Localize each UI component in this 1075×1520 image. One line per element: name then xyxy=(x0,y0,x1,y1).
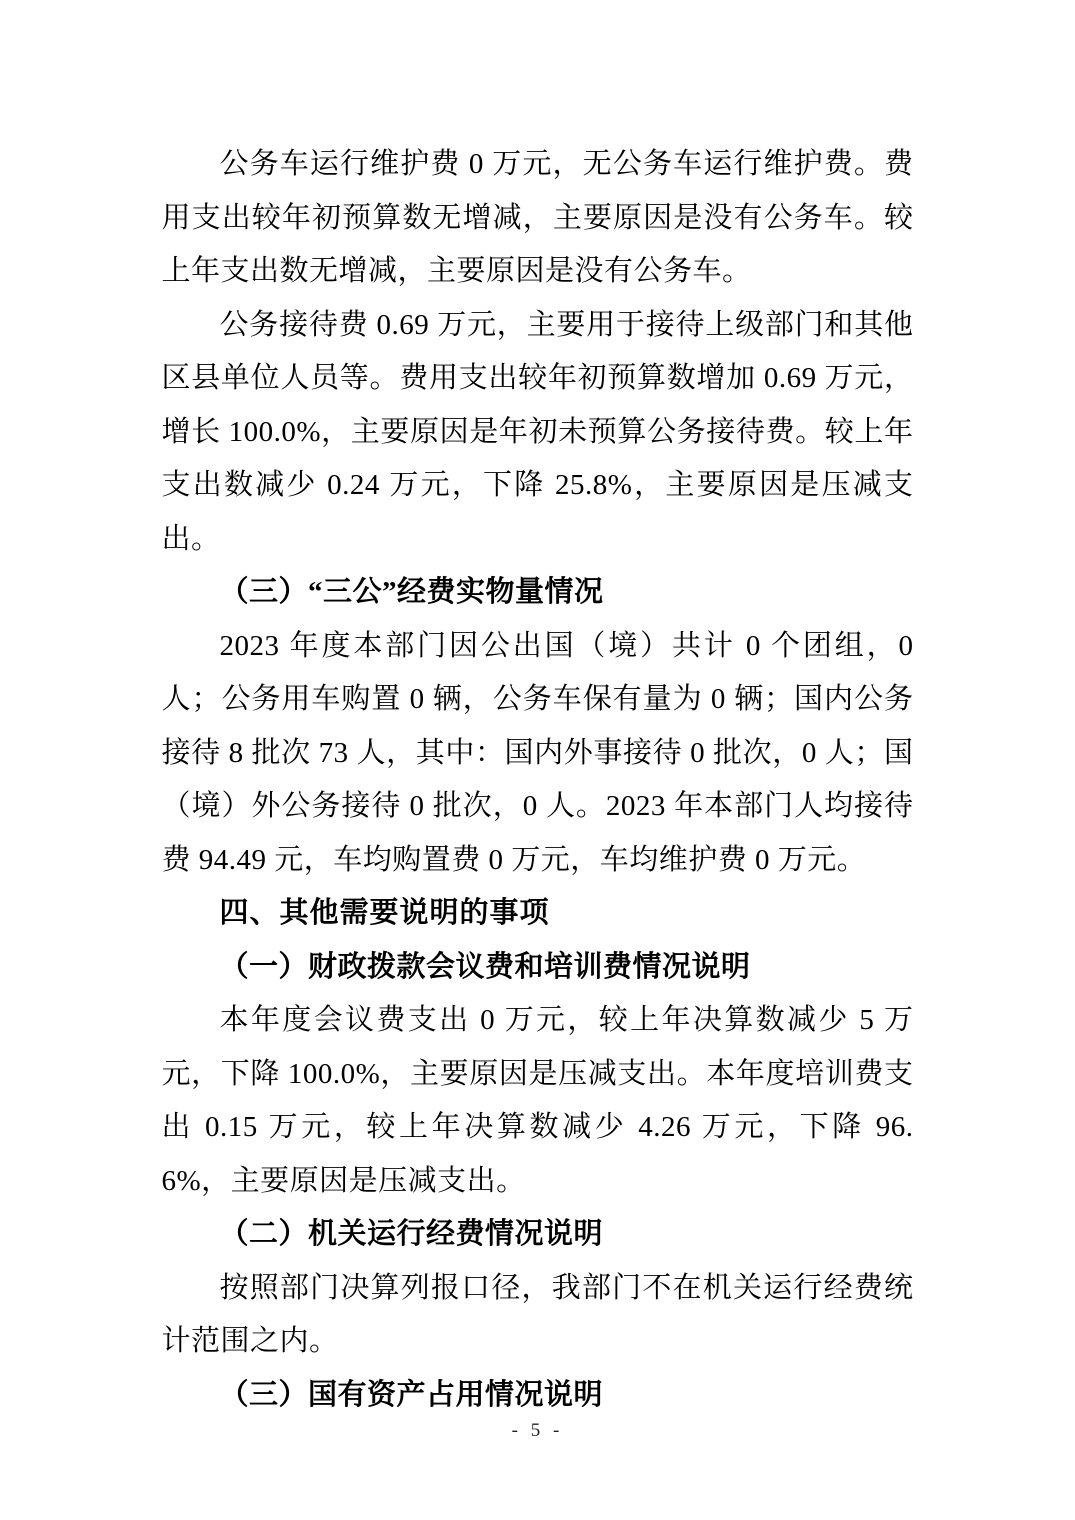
paragraph-official-reception-fee: 公务接待费 0.69 万元，主要用于接待上级部门和其他区县单位人员等。费用支出较… xyxy=(162,299,914,567)
page-number: - 5 - xyxy=(0,1420,1075,1442)
heading-meeting-training-fee: （一）财政拨款会议费和培训费情况说明 xyxy=(162,941,914,995)
heading-agency-operating-expenses: （二）机关运行经费情况说明 xyxy=(162,1208,914,1262)
paragraph-physical-volume-details: 2023 年度本部门因公出国（境）共计 0 个团组，0 人；公务用车购置 0 辆… xyxy=(162,620,914,888)
paragraph-meeting-training-fee-details: 本年度会议费支出 0 万元，较上年决算数减少 5 万元，下降 100.0%，主要… xyxy=(162,994,914,1208)
paragraph-agency-operating-expenses-details: 按照部门决算列报口径，我部门不在机关运行经费统计范围之内。 xyxy=(162,1262,914,1369)
heading-three-public-expenses-physical-volume: （三）“三公”经费实物量情况 xyxy=(162,566,914,620)
paragraph-vehicle-maintenance-fee: 公务车运行维护费 0 万元，无公务车运行维护费。费用支出较年初预算数无增减，主要… xyxy=(162,138,914,299)
document-body: 公务车运行维护费 0 万元，无公务车运行维护费。费用支出较年初预算数无增减，主要… xyxy=(162,0,914,1422)
heading-state-owned-assets: （三）国有资产占用情况说明 xyxy=(162,1369,914,1423)
heading-section-four-other-matters: 四、其他需要说明的事项 xyxy=(162,887,914,941)
document-page: 公务车运行维护费 0 万元，无公务车运行维护费。费用支出较年初预算数无增减，主要… xyxy=(0,0,1075,1520)
